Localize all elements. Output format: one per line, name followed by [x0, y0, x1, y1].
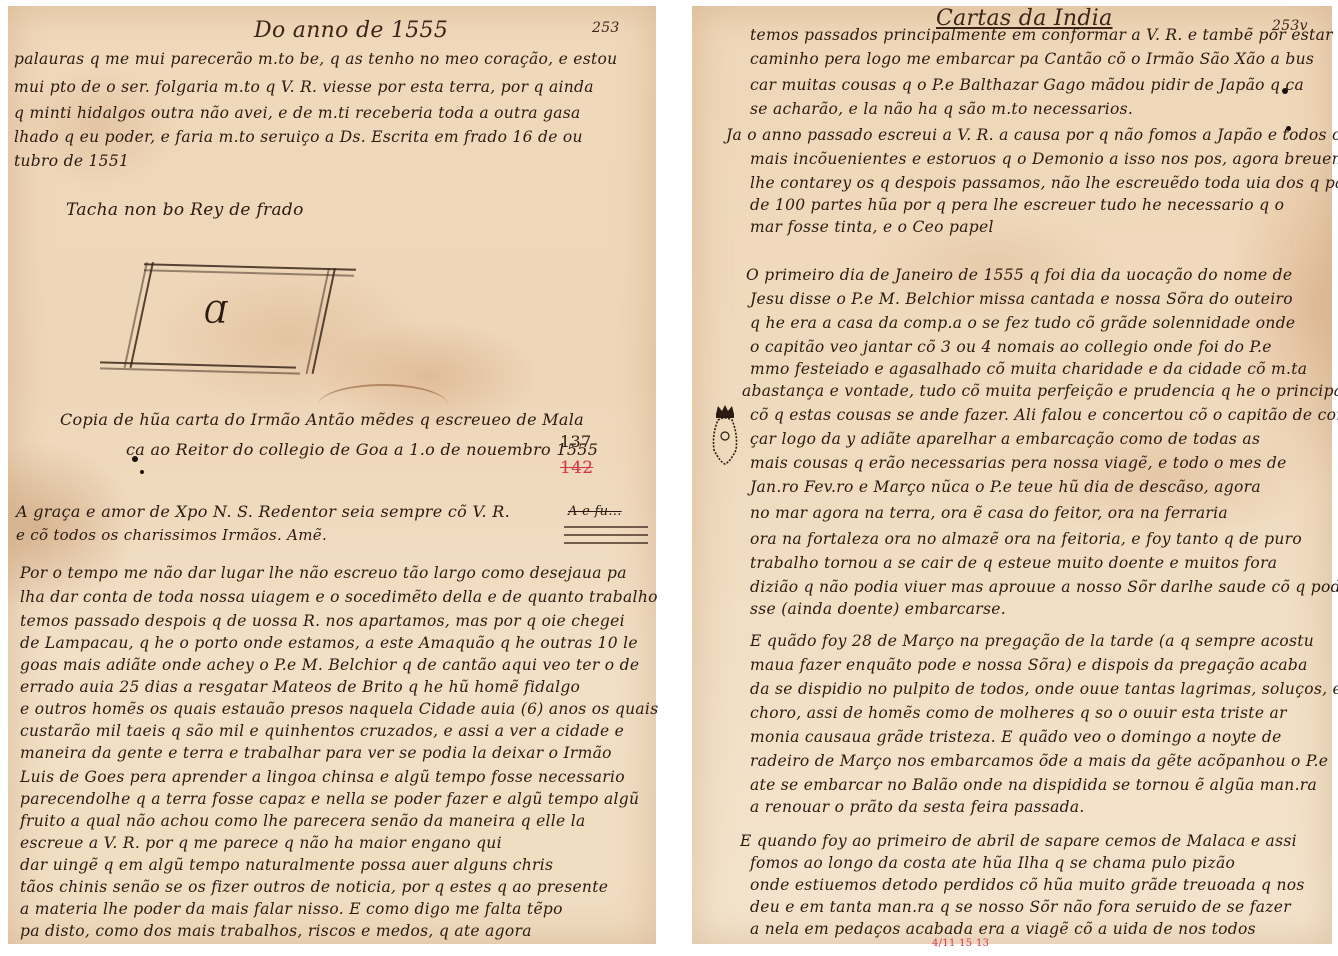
left-page-folio-number: 253 [592, 20, 620, 36]
text-line: Jesu disse o P.e M. Belchior missa canta… [750, 292, 1293, 308]
text-line: radeiro de Março nos embarcamos õde a ma… [750, 754, 1328, 770]
footer-red-annotation: 4/11 15 13 [932, 938, 989, 949]
text-line: pa disto, como dos mais trabalhos, risco… [20, 924, 532, 940]
text-line: a nela em pedaços acabada era a viagẽ cõ… [750, 922, 1256, 938]
text-line: a materia lhe poder da mais falar nisso.… [20, 902, 563, 918]
text-line: lha dar conta de toda nossa uiagem e o s… [20, 590, 658, 606]
right-manuscript-page: Cartas da India 253v temos passados prin… [692, 6, 1332, 944]
text-line: maneira da gente e terra e trabalhar par… [20, 746, 612, 762]
text-line: temos passado despois q de uossa R. nos … [20, 614, 625, 630]
text-line: de 100 partes hũa por q pera lhe escreue… [750, 198, 1284, 214]
greeting-line: A graça e amor de Xpo N. S. Redentor sei… [16, 502, 510, 521]
text-line: errado auia 25 dias a resgatar Mateos de… [20, 680, 580, 696]
text-line: fomos ao longo da costa ate hũa Ilha q s… [750, 856, 1235, 872]
copy-heading-line: ca ao Reitor do collegio de Goa a 1.o de… [126, 440, 598, 459]
text-line: abastança e vontade, tudo cõ muita perfe… [742, 384, 1338, 400]
text-line: o capitão veo jantar cõ 3 ou 4 nomais ao… [750, 340, 1272, 356]
text-line: onde estiuemos detodo perdidos cõ hũa mu… [750, 878, 1305, 894]
text-line: caminho pera logo me embarcar pa Cantão … [750, 52, 1314, 68]
text-line: car muitas cousas q o P.e Balthazar Gago… [750, 78, 1304, 94]
text-line: palauras q me mui parecerão m.to be, q a… [14, 52, 617, 68]
text-line: choro, assi de homẽs como de molheres q … [750, 706, 1287, 722]
signature-line: Tacha non bo Rey de frado [66, 200, 304, 220]
text-line: dizião q não podia viuer mas aprouue a n… [750, 580, 1338, 596]
margin-number-struck-red: 142 [560, 458, 593, 478]
text-line: q he era a casa da comp.a o se fez tudo … [750, 316, 1295, 332]
text-line: maua fazer enquãto pode e nossa Sõra) e … [750, 658, 1308, 674]
margin-number: 137 [560, 432, 591, 451]
text-line: ora na fortaleza ora no almazẽ ora na fe… [750, 532, 1302, 548]
text-line: Ja o anno passado escreui a V. R. a caus… [726, 128, 1338, 144]
margin-struck-note: A e fu... [568, 504, 622, 519]
text-line: ate se embarcar no Balão onde na dispidi… [750, 778, 1317, 794]
text-line: parecendolhe q a terra fosse capaz e nel… [20, 792, 639, 808]
text-line: E quando foy ao primeiro de abril de sap… [740, 834, 1297, 850]
text-line: O primeiro dia de Janeiro de 1555 q foi … [746, 268, 1292, 284]
text-line: Jan.ro Fev.ro e Março nũca o P.e teue hũ… [750, 480, 1261, 496]
text-line: Luis de Goes pera aprender a lingoa chin… [20, 770, 625, 786]
left-page-header: Do anno de 1555 [254, 18, 448, 43]
text-line: çar logo da y adiãte aparelhar a embarca… [750, 432, 1260, 448]
text-line: da se dispidio no pulpito de todos, onde… [750, 682, 1338, 698]
text-line: monia causaua grãde tristeza. E quãdo ve… [750, 730, 1282, 746]
copy-heading-line: Copia de hũa carta do Irmão Antão mẽdes … [60, 410, 584, 429]
text-line: tubro de 1551 [14, 154, 129, 170]
text-line: mais incõuenientes e estoruos q o Demoni… [750, 152, 1338, 168]
text-line: deu e em tanta man.ra q se nosso Sõr não… [750, 900, 1291, 916]
text-line: fruito a qual não achou como lhe parecer… [20, 814, 586, 830]
left-manuscript-page: Do anno de 1555 253 palauras q me mui pa… [8, 6, 656, 944]
text-line: sse (ainda doente) embarcarse. [750, 602, 1006, 618]
text-line: tãos chinis senão se os fizer outros de … [20, 880, 608, 896]
text-line: E quãdo foy 28 de Março na pregação de l… [750, 634, 1314, 650]
text-line: mais cousas q erão necessarias pera noss… [750, 456, 1287, 472]
text-line: cõ q estas cousas se ande fazer. Ali fal… [750, 408, 1338, 424]
text-line: de Lampacau, q he o porto onde estamos, … [20, 636, 638, 652]
text-line: mui pto de o ser. folgaria m.to q V. R. … [14, 80, 594, 96]
text-line: trabalho tornou a se cair de q esteue mu… [750, 556, 1277, 572]
ink-blot [140, 470, 144, 474]
text-line: se acharão, e la não ha q são m.to neces… [750, 102, 1133, 118]
text-line: no mar agora na terra, ora ẽ casa do fei… [750, 506, 1228, 522]
text-line: goas mais adiãte onde achey o P.e M. Bel… [20, 658, 639, 674]
text-line: e outros homẽs os quais estauão presos n… [20, 702, 658, 718]
text-line: custarão mil taeis q são mil e quinhento… [20, 724, 624, 740]
text-line: a renouar o prãto da sesta feira passada… [750, 800, 1085, 816]
seal-monogram-icon: Ɑ [204, 296, 228, 331]
text-line: Por o tempo me não dar lugar lhe não esc… [20, 566, 627, 582]
text-line: lhado q eu poder, e faria m.to seruiço a… [14, 130, 583, 146]
greeting-line: e cõ todos os charissimos Irmãos. Amẽ. [16, 526, 327, 544]
text-line: lhe contarey os q despois passamos, não … [750, 176, 1338, 192]
crowned-crest-stamp-icon [710, 404, 740, 466]
text-line: q minti hidalgos outra não avei, e de m.… [14, 106, 581, 122]
text-line: escreue a V. R. por q me parece q não ha… [20, 836, 502, 852]
text-line: temos passados principalmente em conform… [750, 28, 1338, 44]
text-line: mmo festeiado e agasalhado cõ muita char… [750, 362, 1307, 378]
text-line: dar uingẽ q em algũ tempo naturalmente p… [20, 858, 553, 874]
text-line: mar fosse tinta, e o Ceo papel [750, 220, 994, 236]
